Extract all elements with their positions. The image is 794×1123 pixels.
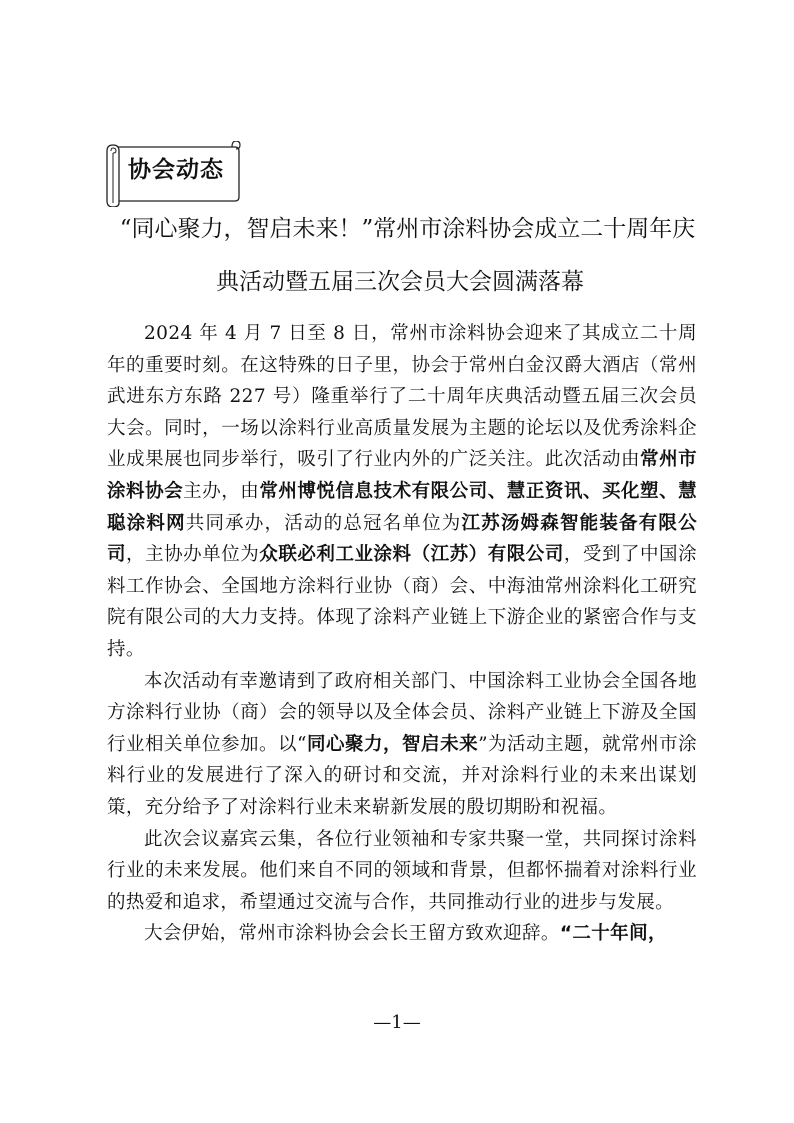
bold-run: “二十年间，	[560, 923, 667, 944]
article-title-line-2: 典活动暨五届三次会员大会圆满落幕	[100, 267, 700, 297]
document-page: 协会动态 “同心聚力，智启未来！”常州市涂料协会成立二十周年庆 典活动暨五届三次…	[0, 0, 794, 1123]
paragraph: 2024 年 4 月 7 日至 8 日，常州市涂料协会迎来了其成立二十周年的重要…	[107, 318, 697, 666]
paragraph: 本次活动有幸邀请到了政府相关部门、中国涂料工业协会全国各地方涂料行业协（商）会的…	[107, 666, 697, 824]
paragraph: 大会伊始，常州市涂料协会会长王留方致欢迎辞。“二十年间，	[107, 918, 697, 950]
bold-run: 同心聚力，智启未来	[307, 734, 478, 755]
text-run: 共同承办，活动的总冠名单位为	[186, 513, 462, 534]
bold-run: 众联必利工业涂料（江苏）有限公司	[259, 544, 564, 565]
text-run: ，主协办单位为	[126, 544, 259, 565]
article-title-line-1: “同心聚力，智启未来！”常州市涂料协会成立二十周年庆	[100, 214, 715, 244]
text-run: 大会伊始，常州市涂料协会会长王留方致欢迎辞。	[144, 923, 560, 944]
text-run: 此次会议嘉宾云集，各位行业领袖和专家共聚一堂，共同探讨涂料行业的未来发展。他们来…	[107, 829, 697, 913]
article-body: 2024 年 4 月 7 日至 8 日，常州市涂料协会迎来了其成立二十周年的重要…	[107, 318, 697, 950]
text-run: 主办，由	[183, 481, 259, 502]
section-banner: 协会动态	[103, 141, 243, 205]
page-number: —1—	[0, 1012, 794, 1033]
paragraph: 此次会议嘉宾云集，各位行业领袖和专家共聚一堂，共同探讨涂料行业的未来发展。他们来…	[107, 824, 697, 919]
section-banner-label: 协会动态	[121, 155, 231, 185]
text-run: 2024 年 4 月 7 日至 8 日，常州市涂料协会迎来了其成立二十周年的重要…	[107, 323, 697, 470]
